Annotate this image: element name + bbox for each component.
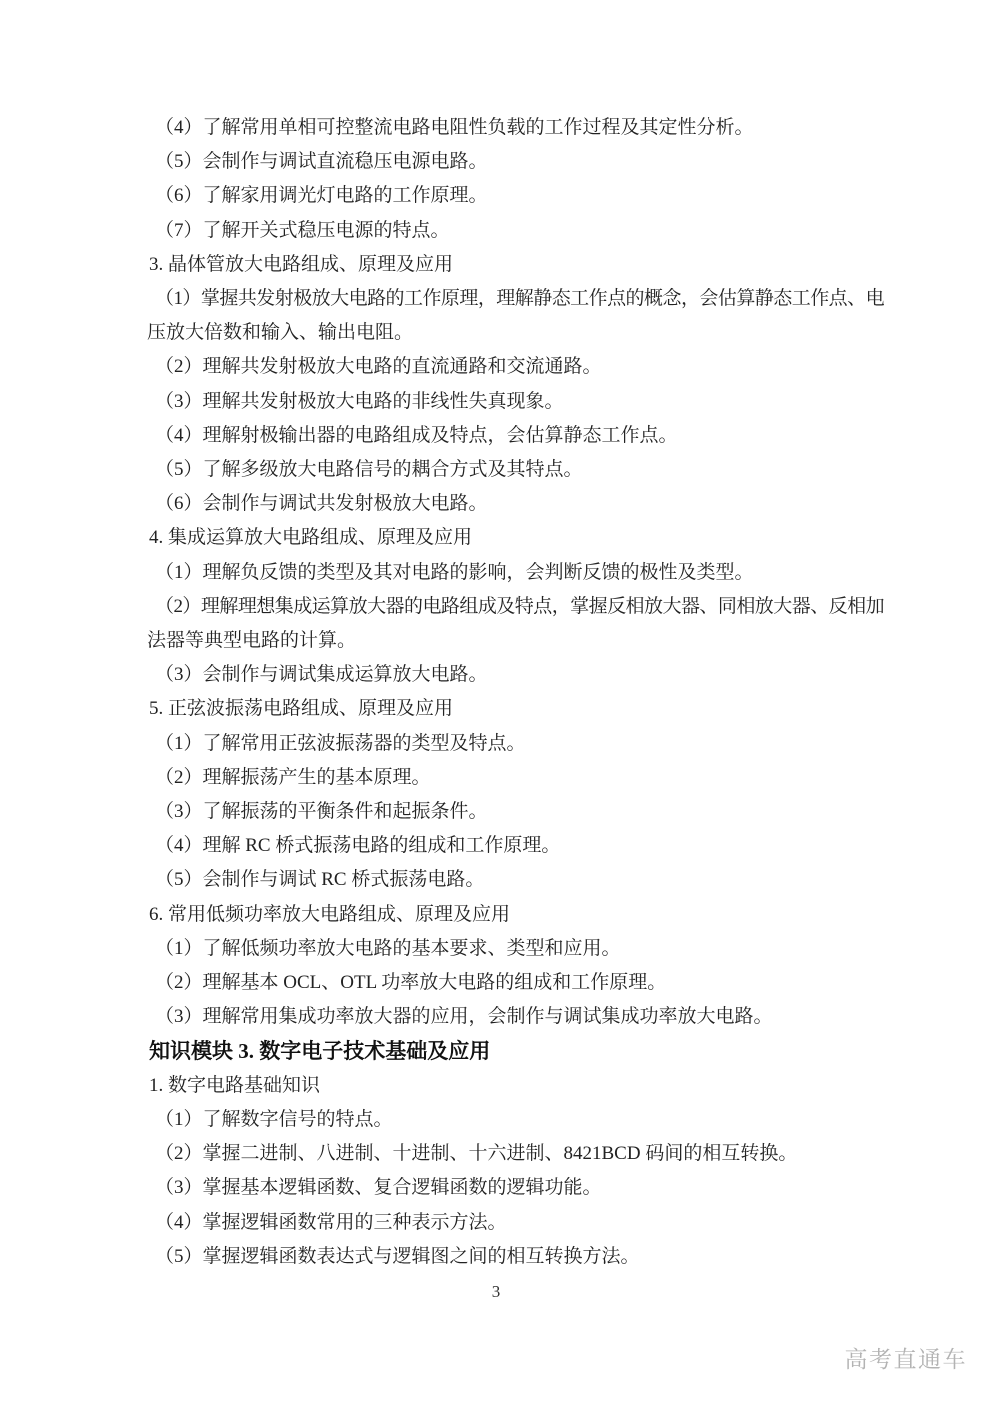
page-number: 3 [0,1281,992,1303]
section-heading: 5. 正弦波振荡电路组成、原理及应用 [147,692,884,726]
doc-line: （4）理解 RC 桥式振荡电路的组成和工作原理。 [147,829,884,863]
doc-line: （3）会制作与调试集成运算放大电路。 [147,658,884,692]
doc-line: （4）理解射极输出器的电路组成及特点，会估算静态工作点。 [147,419,884,453]
doc-line: （2）理解基本 OCL、OTL 功率放大电路的组成和工作原理。 [147,966,884,1000]
doc-line: （3）理解常用集成功率放大器的应用，会制作与调试集成功率放大电路。 [147,1000,884,1034]
doc-line: （3）掌握基本逻辑函数、复合逻辑函数的逻辑功能。 [147,1171,884,1205]
doc-line: （2）理解理想集成运算放大器的电路组成及特点，掌握反相放大器、同相放大器、反相加 [147,590,884,624]
doc-line: （5）掌握逻辑函数表达式与逻辑图之间的相互转换方法。 [147,1240,884,1274]
doc-line: （1）掌握共发射极放大电路的工作原理，理解静态工作点的概念，会估算静态工作点、电 [147,282,884,316]
module-heading: 知识模块 3. 数字电子技术基础及应用 [147,1034,884,1068]
doc-line: （1）了解低频功率放大电路的基本要求、类型和应用。 [147,932,884,966]
doc-line: 压放大倍数和输入、输出电阻。 [147,316,884,350]
doc-line: （5）会制作与调试 RC 桥式振荡电路。 [147,863,884,897]
doc-line: （3）了解振荡的平衡条件和起振条件。 [147,795,884,829]
doc-line: （7）了解开关式稳压电源的特点。 [147,214,884,248]
doc-line: （4）了解常用单相可控整流电路电阻性负载的工作过程及其定性分析。 [147,111,884,145]
document-body: （4）了解常用单相可控整流电路电阻性负载的工作过程及其定性分析。 （5）会制作与… [147,111,884,1274]
doc-line: （1）理解负反馈的类型及其对电路的影响，会判断反馈的极性及类型。 [147,556,884,590]
doc-line: （1）了解常用正弦波振荡器的类型及特点。 [147,727,884,761]
doc-line: （3）理解共发射极放大电路的非线性失真现象。 [147,385,884,419]
doc-line: （6）会制作与调试共发射极放大电路。 [147,487,884,521]
section-heading: 6. 常用低频功率放大电路组成、原理及应用 [147,898,884,932]
doc-line: （5）会制作与调试直流稳压电源电路。 [147,145,884,179]
section-heading: 4. 集成运算放大电路组成、原理及应用 [147,521,884,555]
section-heading: 1. 数字电路基础知识 [147,1069,884,1103]
doc-line: （2）理解共发射极放大电路的直流通路和交流通路。 [147,350,884,384]
doc-line: （1）了解数字信号的特点。 [147,1103,884,1137]
doc-line: （5）了解多级放大电路信号的耦合方式及其特点。 [147,453,884,487]
section-heading: 3. 晶体管放大电路组成、原理及应用 [147,248,884,282]
watermark: 高考直通车 [845,1346,968,1372]
doc-line: （2）掌握二进制、八进制、十进制、十六进制、8421BCD 码间的相互转换。 [147,1137,884,1171]
document-page: （4）了解常用单相可控整流电路电阻性负载的工作过程及其定性分析。 （5）会制作与… [0,0,992,1403]
doc-line: （4）掌握逻辑函数常用的三种表示方法。 [147,1206,884,1240]
doc-line: （6）了解家用调光灯电路的工作原理。 [147,179,884,213]
doc-line: 法器等典型电路的计算。 [147,624,884,658]
doc-line: （2）理解振荡产生的基本原理。 [147,761,884,795]
